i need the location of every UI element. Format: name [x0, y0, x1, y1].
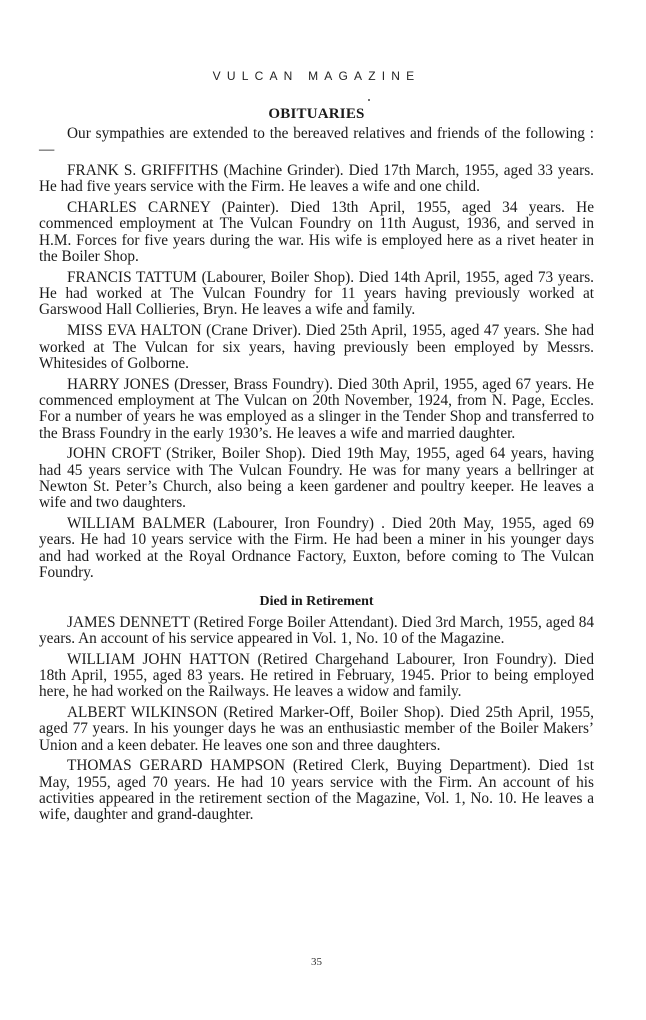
obituary-entry: MISS EVA HALTON (Crane Driver). Died 25t…: [39, 323, 594, 372]
retirement-obituary-entry: THOMAS GERARD HAMPSON (Retired Clerk, Bu…: [39, 758, 594, 823]
obituary-entry: HARRY JONES (Dresser, Brass Foundry). Di…: [39, 377, 594, 442]
masthead: VULCAN MAGAZINE: [39, 69, 594, 83]
decorative-dot: [368, 99, 370, 101]
page-number: 35: [39, 956, 594, 968]
article-body: Our sympathies are extended to the berea…: [39, 126, 594, 828]
retirement-section-heading: Died in Retirement: [39, 594, 594, 610]
retirement-obituary-entry: WILLIAM JOHN HATTON (Retired Chargehand …: [39, 652, 594, 701]
page-title: OBITUARIES: [39, 106, 594, 123]
intro-paragraph: Our sympathies are extended to the berea…: [39, 126, 594, 159]
obituary-entry: CHARLES CARNEY (Painter). Died 13th Apri…: [39, 200, 594, 265]
obituary-entry: FRANK S. GRIFFITHS (Machine Grinder). Di…: [39, 163, 594, 196]
retirement-obituary-entry: JAMES DENNETT (Retired Forge Boiler Atte…: [39, 615, 594, 648]
obituary-entry: WILLIAM BALMER (Labourer, Iron Foundry) …: [39, 516, 594, 581]
obituary-entry: FRANCIS TATTUM (Labourer, Boiler Shop). …: [39, 270, 594, 319]
obituary-entry: JOHN CROFT (Striker, Boiler Shop). Died …: [39, 446, 594, 511]
retirement-obituary-entry: ALBERT WILKINSON (Retired Marker-Off, Bo…: [39, 705, 594, 754]
